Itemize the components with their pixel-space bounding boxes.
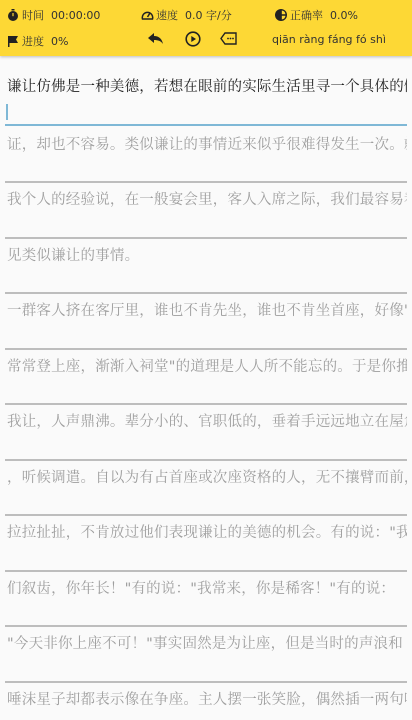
pending-line: 们叙齿，你年长！"有的说："我常来，你是稀客！"有的说： (7, 577, 407, 598)
stats-toolbar: 时间 00:00:00 速度 0.0 字/分 正确率 0.0% 进度 0% (0, 0, 412, 56)
pending-line: 拉拉扯扯，不肯放过他们表现谦让的美德的机会。有的说："我 (7, 521, 407, 542)
pending-line: 我让，人声鼎沸。辈分小的、官职低的，垂着手远远地立在屋角 (7, 410, 407, 431)
stats-row-bottom: 进度 0% qiān ràng fáng fó shì (0, 30, 412, 52)
line-divider (5, 181, 407, 183)
accuracy-value: 0.0% (330, 9, 358, 22)
progress-value: 0% (51, 35, 68, 48)
label-dots-icon (220, 32, 237, 48)
accuracy-label: 正确率 (290, 7, 323, 23)
time-value: 00:00:00 (51, 9, 100, 22)
speed-stat: 速度 0.0 字/分 (141, 7, 232, 23)
pending-line: 唾沫星子却都表示像在争座。主人摆一张笑脸，偶然插一两句嘴 (7, 688, 407, 709)
time-stat: 时间 00:00:00 (7, 7, 100, 23)
pie-chart-icon (275, 9, 287, 21)
pending-line: "今天非你上座不可！"事实固然是为让座，但是当时的声浪和 (7, 632, 407, 653)
line-divider (5, 292, 407, 294)
speed-value: 0.0 字/分 (185, 7, 232, 23)
play-circle-icon (185, 31, 201, 50)
line-divider (5, 403, 407, 405)
flag-icon (7, 35, 19, 47)
pending-line: 常常登上座，渐渐入祠堂"的道理是人人所不能忘的。于是你推 (7, 355, 407, 376)
play-button[interactable] (183, 30, 203, 50)
line-divider (5, 459, 407, 461)
current-source-line: 谦让仿佛是一种美德，若想在眼前的实际生活里寻一个具体的例 (7, 75, 407, 96)
speed-label: 速度 (156, 7, 178, 23)
pinyin-hint: qiān ràng fáng fó shì (272, 33, 386, 46)
progress-stat: 进度 0% (7, 33, 68, 49)
active-input-underline (5, 124, 407, 126)
line-divider (5, 570, 407, 572)
line-divider (5, 625, 407, 627)
speedometer-icon (141, 9, 153, 21)
pending-line: 证，却也不容易。类似谦让的事情近来似乎很难得发生一次。就 (7, 133, 407, 154)
back-button[interactable] (146, 30, 166, 50)
progress-label: 进度 (22, 33, 44, 49)
line-divider (5, 681, 407, 683)
time-label: 时间 (22, 7, 44, 23)
line-divider (5, 514, 407, 516)
stats-row-top: 时间 00:00:00 速度 0.0 字/分 正确率 0.0% (0, 7, 412, 29)
reply-icon (148, 33, 164, 48)
line-divider (5, 237, 407, 239)
pending-line: 见类似谦让的事情。 (7, 244, 407, 265)
pending-line: 我个人的经验说，在一般宴会里，客人入席之际，我们最容易看 (7, 188, 407, 209)
line-divider (5, 348, 407, 350)
stopwatch-icon (7, 9, 19, 21)
pending-line: ，听候调遣。自以为有占首座或次座资格的人，无不攘臂而前， (7, 466, 407, 487)
accuracy-stat: 正确率 0.0% (275, 7, 358, 23)
keyboard-toggle-button[interactable] (218, 30, 238, 50)
pending-line: 一群客人挤在客厅里，谁也不肯先坐，谁也不肯坐首座，好像" (7, 299, 407, 320)
typing-input[interactable] (5, 96, 407, 124)
